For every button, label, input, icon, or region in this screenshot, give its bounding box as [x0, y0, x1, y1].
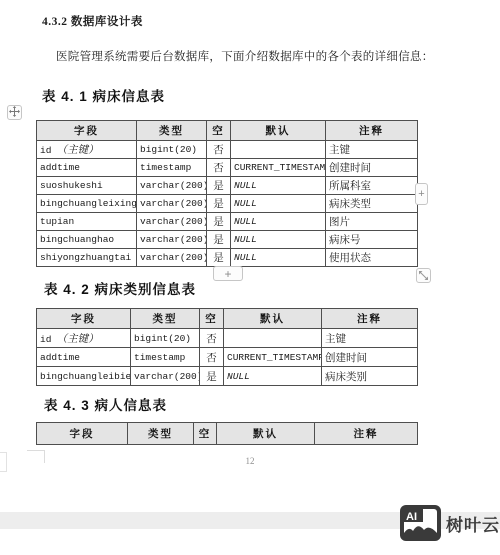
table-cell: NULL: [231, 213, 326, 231]
table-cell: 病床号: [326, 231, 418, 249]
table-row: id （主键）bigint(20)否主键: [37, 329, 418, 348]
table-cell: NULL: [224, 367, 322, 386]
column-header: 类型: [137, 121, 207, 141]
table-cell: bigint(20): [137, 141, 207, 159]
diagonal-resize-icon: [419, 267, 428, 285]
table-cell: suoshukeshi: [37, 177, 137, 195]
brand-logo-icon: AI: [399, 504, 442, 547]
page-number: 12: [200, 456, 300, 466]
table-cell: [224, 329, 322, 348]
table-cell: bingchuangleibie: [37, 367, 131, 386]
table-cell: 所属科室: [326, 177, 418, 195]
column-header: 注释: [326, 121, 418, 141]
table-cell: 否: [207, 159, 231, 177]
table-cell: bingchuangleixing: [37, 195, 137, 213]
table-cell: 病床类型: [326, 195, 418, 213]
table-cell: varchar(200): [137, 231, 207, 249]
column-header: 空: [194, 423, 217, 445]
column-header: 注释: [322, 309, 418, 329]
table-cell: timestamp: [137, 159, 207, 177]
column-header: 字段: [37, 423, 128, 445]
table-row: bingchuanghaovarchar(200)是NULL病床号: [37, 231, 418, 249]
table-cell: addtime: [37, 159, 137, 177]
insert-row-button[interactable]: +: [213, 266, 243, 281]
table-cell: id （主键）: [37, 329, 131, 348]
move-cross-icon: [9, 104, 20, 122]
table-row: addtimetimestamp否CURRENT_TIMESTAMP创建时间: [37, 348, 418, 367]
db-table-patient-info: 字段类型空默认注释: [36, 422, 418, 445]
column-header: 默认: [231, 121, 326, 141]
table-cell: 主键: [326, 141, 418, 159]
table-cell: 是: [207, 195, 231, 213]
intro-paragraph: 医院管理系统需要后台数据库，下面介绍数据库中的各个表的详细信息：: [56, 48, 434, 64]
table-cell: timestamp: [131, 348, 200, 367]
table-cell: 是: [200, 367, 224, 386]
table-cell: 是: [207, 231, 231, 249]
table-cell: varchar(200): [137, 195, 207, 213]
table-cell: varchar(200): [137, 213, 207, 231]
table-cell: NULL: [231, 231, 326, 249]
table-resize-handle[interactable]: [416, 268, 431, 283]
db-table-bed-info: 字段类型空默认注释id （主键）bigint(20)否主键addtimetime…: [36, 120, 418, 267]
column-header: 类型: [128, 423, 194, 445]
db-table-bed-category: 字段类型空默认注释id （主键）bigint(20)否主键addtimetime…: [36, 308, 418, 386]
table-row: bingchuangleibievarchar(200)是NULL病床类别: [37, 367, 418, 386]
column-header: 类型: [131, 309, 200, 329]
table-cell: 是: [207, 177, 231, 195]
column-header: 字段: [37, 309, 131, 329]
column-header: 默认: [217, 423, 315, 445]
table-row: addtimetimestamp否CURRENT_TIMESTAMP创建时间: [37, 159, 418, 177]
table-cell: varchar(200): [137, 177, 207, 195]
table-cell: 创建时间: [322, 348, 418, 367]
table-caption-2: 表 4. 2 病床类别信息表: [44, 278, 196, 298]
table-move-handle[interactable]: [7, 105, 22, 120]
table-cell: varchar(200): [137, 249, 207, 267]
table-row: tupianvarchar(200)是NULL图片: [37, 213, 418, 231]
table-cell: 否: [207, 141, 231, 159]
table-cell: varchar(200): [131, 367, 200, 386]
svg-text:AI: AI: [406, 511, 417, 523]
section-title: 4.3.2 数据库设计表: [42, 13, 143, 29]
column-header: 注释: [315, 423, 418, 445]
table-row: id （主键）bigint(20)否主键: [37, 141, 418, 159]
document-page: 4.3.2 数据库设计表 医院管理系统需要后台数据库，下面介绍数据库中的各个表的…: [0, 0, 500, 555]
table-cell: 病床类别: [322, 367, 418, 386]
table-cell: 创建时间: [326, 159, 418, 177]
table-cell: [231, 141, 326, 159]
column-header: 空: [207, 121, 231, 141]
brand-name: 树叶云: [446, 511, 500, 536]
table-cell: addtime: [37, 348, 131, 367]
table-cell: bigint(20): [131, 329, 200, 348]
table-cell: 主键: [322, 329, 418, 348]
table-cell: NULL: [231, 177, 326, 195]
table-row: shiyongzhuangtaivarchar(200)是NULL使用状态: [37, 249, 418, 267]
table-cell: 否: [200, 348, 224, 367]
insert-column-button[interactable]: +: [415, 183, 428, 205]
table-cell: shiyongzhuangtai: [37, 249, 137, 267]
table-cell: CURRENT_TIMESTAMP: [224, 348, 322, 367]
column-header: 空: [200, 309, 224, 329]
table-cell: bingchuanghao: [37, 231, 137, 249]
table-cell: 图片: [326, 213, 418, 231]
table-cell: tupian: [37, 213, 137, 231]
table-cell: 是: [207, 249, 231, 267]
column-header: 默认: [224, 309, 322, 329]
table-caption-1: 表 4. 1 病床信息表: [42, 85, 165, 105]
text-boundary-corner-mark: [27, 450, 45, 463]
page-edge-mark: [0, 452, 7, 472]
table-cell: id （主键）: [37, 141, 137, 159]
table-cell: 否: [200, 329, 224, 348]
table-cell: NULL: [231, 195, 326, 213]
table-row: suoshukeshivarchar(200)是NULL所属科室: [37, 177, 418, 195]
table-cell: NULL: [231, 249, 326, 267]
table-caption-3: 表 4. 3 病人信息表: [44, 394, 167, 414]
table-row: bingchuangleixingvarchar(200)是NULL病床类型: [37, 195, 418, 213]
table-cell: 使用状态: [326, 249, 418, 267]
column-header: 字段: [37, 121, 137, 141]
table-cell: 是: [207, 213, 231, 231]
table-cell: CURRENT_TIMESTAMP: [231, 159, 326, 177]
